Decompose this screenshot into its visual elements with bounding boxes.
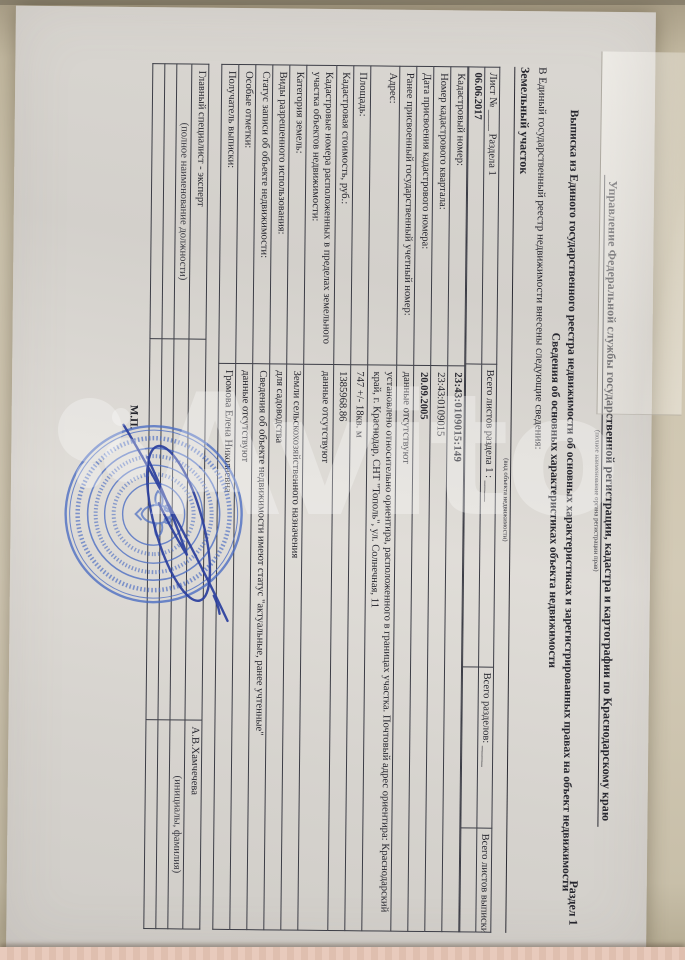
row-label: Статус записи об объекте недвижимости: <box>253 65 273 364</box>
photo-of-document: Управление Федеральной службы государств… <box>0 0 685 960</box>
characteristics-table: Кадастровый номер:23:43:0109015:149Номер… <box>213 64 469 933</box>
sheet-info-cell: Всего разделов: ____ <box>477 667 494 828</box>
signer-name: А.В.Хамчечева <box>183 720 202 929</box>
row-label: Кадастровая стоимость, руб.: <box>334 66 354 365</box>
photo-top-edge <box>0 0 685 5</box>
row-label: Особые отметки: <box>236 65 256 364</box>
document-content: Управление Федеральной службы государств… <box>125 7 656 954</box>
sheet-info-cell: Всего листов выписки: ____ <box>476 828 492 932</box>
row-label: Адрес: <box>368 66 401 365</box>
row-value: данные отсутствуют <box>298 364 333 930</box>
object-type: Земельный участок <box>517 67 532 174</box>
row-label: Ранее присвоенный государственный учетны… <box>397 66 417 365</box>
signer-position: Главный специалист - эксперт <box>189 64 209 339</box>
section-label: Раздел 1 <box>566 880 581 925</box>
sheet-info-cell: Всего листов раздела 1 : ____ <box>478 364 497 667</box>
row-label: Категория земель: <box>287 65 307 364</box>
row-label: Дата присвоения кадастрового номера: <box>414 66 434 365</box>
row-label: Получатель выписки: <box>219 64 239 363</box>
row-label: Кадастровые номера расположенных в преде… <box>304 65 337 364</box>
name-caption: (инициалы, фамилия) <box>168 720 186 929</box>
row-label: Номер кадастрового квартала: <box>431 67 451 366</box>
pink-paper-edge <box>0 947 685 960</box>
row-value: установлено относительно ориентира, расп… <box>362 365 397 931</box>
sheet-info-cell: Лист № ____ Раздела 1 <box>481 67 499 364</box>
row-label: Виды разрешенного использования: <box>270 65 290 364</box>
extract-date: 06.06.2017 <box>466 67 484 364</box>
document-page: Управление Федеральной службы государств… <box>6 6 656 955</box>
row-label: Площадь: <box>351 66 371 365</box>
handwritten-signature <box>101 405 244 656</box>
position-caption: (полное наименование должности) <box>174 64 192 339</box>
glossy-sticker-patch <box>596 51 685 415</box>
row-label: Кадастровый номер: <box>448 67 468 366</box>
